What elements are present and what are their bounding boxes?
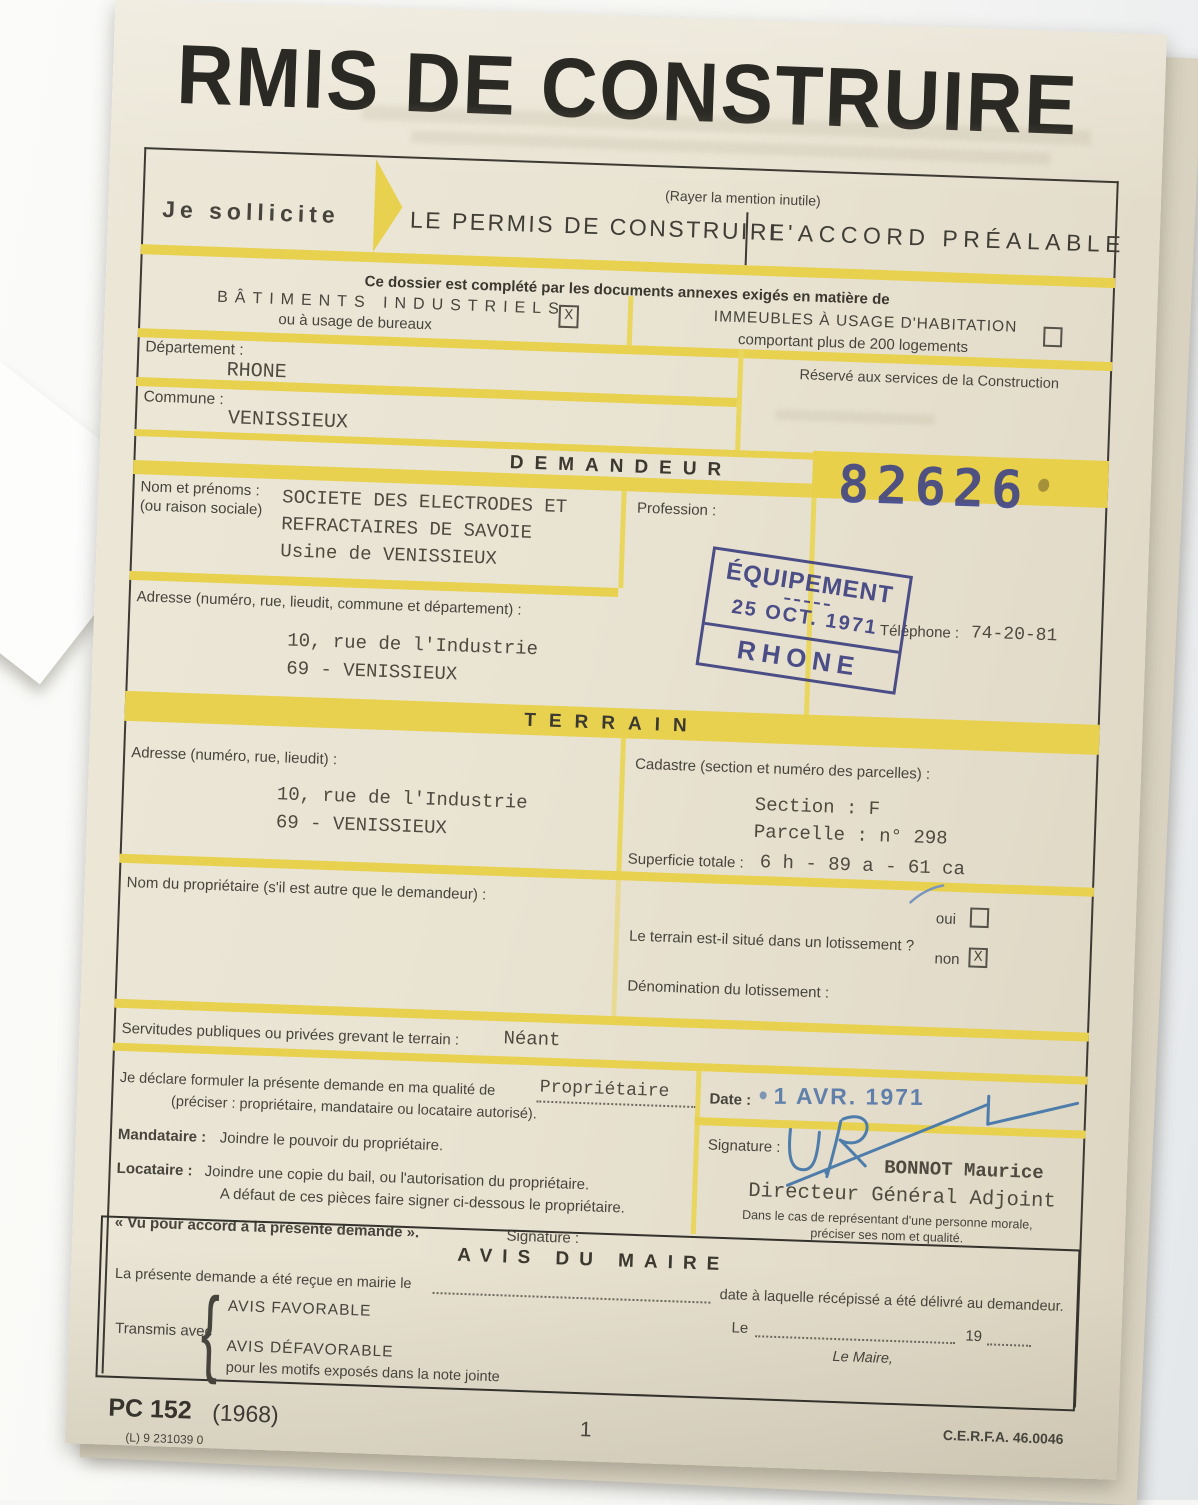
annee-label: 19 — [965, 1328, 982, 1346]
servitudes-value: Néant — [503, 1027, 561, 1051]
adresse-line1: 10, rue de l'Industrie — [287, 629, 538, 660]
commune-value: VENISSIEUX — [228, 407, 349, 434]
form-code: (L) 9 231039 0 — [125, 1430, 204, 1447]
transmis-label: Transmis avec — [115, 1320, 213, 1340]
permit-form-page: RMIS DE CONSTRUIRE (Rayer la mention inu… — [65, 0, 1167, 1480]
form-reference-year: (1968) — [212, 1399, 279, 1428]
mandataire-label: Mandataire : — [118, 1126, 207, 1146]
denomination-label: Dénomination du lotissement : — [627, 978, 829, 1002]
lotissement-question: Le terrain est-il situé dans un lotissem… — [629, 928, 915, 955]
column-divider — [616, 738, 626, 871]
superficie-label: Superficie totale : — [628, 850, 744, 871]
column-divider — [611, 880, 621, 1016]
mandataire-text: Joindre le pouvoir du propriétaire. — [220, 1129, 444, 1154]
le-maire-label: Le Maire, — [832, 1349, 893, 1367]
nom-label: Nom et prénoms : — [140, 478, 260, 499]
industriels-checkbox: X — [558, 305, 579, 329]
terrain-adresse-line2: 69 - VENISSIEUX — [276, 811, 448, 839]
terrain-adresse-label: Adresse (numéro, rue, lieudit) : — [131, 744, 337, 768]
column-divider — [627, 296, 634, 345]
proprietaire-label: Nom du propriétaire (s'il est autre que … — [126, 874, 486, 904]
separator-band — [136, 377, 737, 407]
profession-label: Profession : — [637, 500, 717, 520]
dotted-line — [536, 1099, 696, 1108]
oui-checkbox — [970, 907, 990, 928]
cerfa-reference: C.E.R.F.A. 46.0046 — [943, 1427, 1064, 1447]
bleedthrough-smudge — [775, 409, 935, 425]
je-sollicite-label: Je sollicite — [162, 196, 340, 229]
rayer-note: (Rayer la mention inutile) — [563, 184, 923, 213]
non-checkbox: X — [968, 947, 988, 968]
oui-label: oui — [936, 910, 957, 928]
brace-glyph: { — [199, 1284, 220, 1381]
usage-bureaux-label: ou à usage de bureaux — [278, 311, 432, 333]
adresse-label: Adresse (numéro, rue, lieudit, commune e… — [136, 588, 522, 618]
habitation-checkbox — [1043, 327, 1063, 348]
form-reference: PC 152 — [108, 1394, 192, 1426]
option-permis: LE PERMIS DE CONSTRUIRE — [410, 207, 788, 247]
cadastre-parcelle: Parcelle : n° 298 — [753, 821, 947, 850]
departement-label: Département : — [145, 338, 244, 359]
blue-pencil-mark — [906, 880, 947, 907]
nom-line1: SOCIETE DES ELECTRODES ET — [282, 486, 568, 518]
column-divider — [618, 491, 626, 588]
option-accord: L'ACCORD PRÉALABLE — [769, 219, 1126, 258]
telephone-value: 74-20-81 — [971, 623, 1058, 646]
nom-label2: (ou raison sociale) — [140, 497, 263, 518]
form-body: (Rayer la mention inutile) Je sollicite … — [99, 147, 1119, 1475]
nom-line2: REFRACTAIRES DE SAVOIE — [281, 513, 532, 544]
locataire-label: Locataire : — [116, 1160, 192, 1180]
cadastre-section: Section : F — [754, 794, 880, 820]
equipement-date-stamp: ÉQUIPEMENT 25 OCT. 1971 RHONE — [695, 546, 913, 695]
registry-number-stamp: 82626 — [837, 455, 1031, 522]
adresse-line2: 69 - VENISSIEUX — [286, 657, 458, 685]
le-label: Le — [731, 1319, 748, 1337]
reserve-construction-label: Réservé aux services de la Construction — [757, 366, 1102, 394]
nom-line3: Usine de VENISSIEUX — [280, 540, 497, 570]
non-label: non — [934, 950, 960, 968]
superficie-value: 6 h - 89 a - 61 ca — [759, 851, 965, 880]
qualite-value: Propriétaire — [539, 1078, 669, 1103]
cadastre-label: Cadastre (section et numéro des parcelle… — [635, 756, 931, 783]
terrain-adresse-line1: 10, rue de l'Industrie — [276, 783, 527, 814]
commune-label: Commune : — [143, 388, 224, 409]
arrow-right-icon — [373, 159, 404, 253]
page-number: 1 — [579, 1418, 592, 1442]
